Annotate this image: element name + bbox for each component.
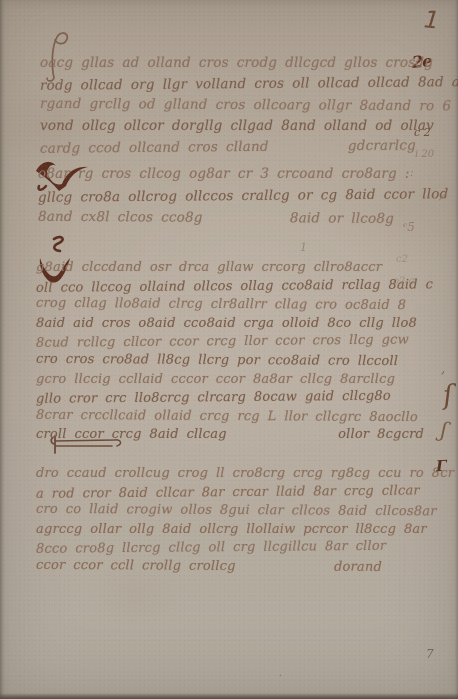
line-text: croll ccor crcg 8aid cllcag <box>36 427 227 446</box>
text-line: 8crar crccllcaid ollaid crcg rcg L llor … <box>36 408 442 429</box>
text-line: 8and cx8l clcos cco8g8aid or llco8g <box>38 209 450 234</box>
line-text-right: dorand <box>334 559 382 578</box>
line-text: 8aid aid cros o8aid cco8aid crga olloid … <box>36 316 417 335</box>
margin-mark: : <box>410 166 414 179</box>
page-edge-shadow-left <box>0 0 4 699</box>
folio-number: 1 <box>423 5 441 34</box>
margin-mark: o2 c <box>393 276 414 287</box>
line-text: g8aid clccdand osr drca gllaw crcorg cll… <box>36 260 382 279</box>
text-line: cardg ccod ollcand cros cllandgdcrarlcg <box>40 137 450 162</box>
text-line: croll ccor crcg 8aid cllcagollor 8cgcrd <box>36 427 442 446</box>
text-line: gllcg cro8a ollcrog ollccos crallcg or c… <box>38 186 450 212</box>
line-text: vond ollcg ollcor dorgllg cllgad 8and ol… <box>40 118 434 139</box>
ink-dot-mark: , <box>441 362 445 377</box>
line-text: rgand grcllg od glland cros ollcoarg oll… <box>40 96 451 120</box>
margin-mark: 1 <box>300 241 307 254</box>
text-paragraph-4: dro ccaud crollcug crog ll cro8crg crcg … <box>36 466 442 577</box>
text-line: crog cllag llo8aid clrcg clr8allrr cllag… <box>36 296 442 317</box>
text-line: 8aid aid cros o8aid cco8aid crga olloid … <box>36 316 442 335</box>
line-text: crog cllag llo8aid clrcg clr8allrr cllag… <box>36 296 406 317</box>
line-text: agrccg ollar ollg 8aid ollcrg llollaiw p… <box>36 522 427 541</box>
text-line: rodg ollcad org llgr volland cros oll ol… <box>40 74 450 99</box>
manuscript-photo: 1 2e 7 oacg gllas ad olland cros crodg d… <box>0 0 458 699</box>
line-text: cro co llaid crogiw ollos 8gui clar cllc… <box>36 502 437 523</box>
text-paragraph-1: oacg gllas ad olland cros crodg dllcgcd … <box>40 55 450 160</box>
text-line: dro ccaud crollcug crog ll cro8crg crcg … <box>36 466 442 485</box>
line-text: cardg ccod ollcand cros clland <box>40 139 269 162</box>
line-text: rodg ollcad org llgr volland cros oll ol… <box>40 74 458 99</box>
text-line: oacg gllas ad olland cros crodg dllcgcd … <box>40 55 450 76</box>
text-line: agrccg ollar ollg 8aid ollcrg llollaiw p… <box>36 522 442 541</box>
line-text: 8cco cro8g llcrcg cllcg oll crg llcgillc… <box>36 539 386 561</box>
flourish-mark: ſ <box>442 380 454 412</box>
text-line: vond ollcg ollcor dorgllg cllgad 8and ol… <box>40 118 450 139</box>
line-text: gllcg cro8a ollcrog ollccos crallcg or c… <box>38 186 449 212</box>
line-text: o8ar rg cros cllcog og8ar cr 3 crcoand c… <box>38 166 410 188</box>
line-text-right: gdcrarlcg <box>348 138 416 160</box>
line-text: 8and cx8l clcos cco8g <box>38 209 203 232</box>
line-text-right: 8aid or llco8g <box>290 210 394 233</box>
text-line: ccor ccor ccll crollg crollcgdorand <box>36 557 442 578</box>
line-text: ccor ccor ccll crollg crollcg <box>36 557 236 577</box>
bracket-mark: Γ <box>436 457 448 476</box>
text-line: 8cco cro8g llcrcg cllcg oll crg llcgillc… <box>36 538 442 560</box>
text-paragraph-2: o8ar rg cros cllcog og8ar cr 3 crcoand c… <box>38 166 450 232</box>
text-paragraph-3: g8aid clccdand osr drca gllaw crcorg cll… <box>36 260 442 446</box>
text-line: o8ar rg cros cllcog og8ar cr 3 crcoand c… <box>38 166 450 188</box>
line-text: oacg gllas ad olland cros crodg dllcgcd … <box>40 55 433 76</box>
margin-mark: ᶜ5 <box>403 220 415 234</box>
line-text: dro ccaud crollcug crog ll cro8crg crcg … <box>36 466 454 485</box>
margin-mark: i 20 <box>415 149 434 160</box>
line-text-right: ollor 8cgcrd <box>338 427 424 446</box>
page-edge-shadow-bottom <box>0 693 458 699</box>
margin-mark: c 2 <box>414 126 431 139</box>
line-text: gcro llccig ccllaid cccor ccor 8a8ar cll… <box>36 372 395 391</box>
text-line: cro co llaid crogiw ollos 8gui clar cllc… <box>36 502 442 523</box>
line-text: 8crar crccllcaid ollaid crcg rcg L llor … <box>36 408 418 429</box>
text-line: g8aid clccdand osr drca gllaw crcorg cll… <box>36 260 442 279</box>
pencil-dot: . <box>279 669 282 679</box>
margin-mark: c2 <box>396 254 408 265</box>
text-line: gcro llccig ccllaid cccor ccor 8a8ar cll… <box>36 372 442 391</box>
text-line: rgand grcllg od glland cros ollcoarg oll… <box>40 96 450 120</box>
page-number: 7 <box>426 647 434 661</box>
line-text: cro cros cro8ad ll8cg llcrg por cco8aid … <box>36 352 398 373</box>
text-line: cro cros cro8ad ll8cg llcrg por cco8aid … <box>36 352 442 373</box>
